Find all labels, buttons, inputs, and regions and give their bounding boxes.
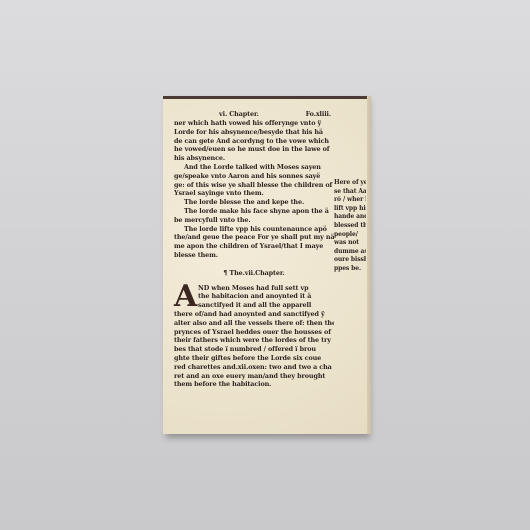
canvas-top-edge <box>163 96 367 99</box>
page-header: vi. Chapter. Fo.xliii. <box>174 110 334 119</box>
folio-number: Fo.xliii. <box>306 110 331 119</box>
chapter-running-head: vi. Chapter. <box>219 110 259 119</box>
paragraph-3: A ND when Moses had full sett vp the hab… <box>174 284 334 390</box>
drop-cap: A <box>174 284 196 310</box>
margin-note: Here of ye se that Aa rö / wher he lift … <box>334 179 366 274</box>
paragraph-2: And the Lorde talked with Moses sayen ge… <box>174 163 334 198</box>
page-text: vi. Chapter. Fo.xliii. ner which hath vo… <box>174 110 334 389</box>
paragraph-1: ner which hath vowed his offerynge vnto … <box>174 119 334 163</box>
blessing: The lorde blesse the and kepe the. The l… <box>174 198 334 260</box>
chapter-heading: ¶ The.vii.Chapter. <box>174 269 334 278</box>
canvas-print: vi. Chapter. Fo.xliii. ner which hath vo… <box>163 96 367 434</box>
